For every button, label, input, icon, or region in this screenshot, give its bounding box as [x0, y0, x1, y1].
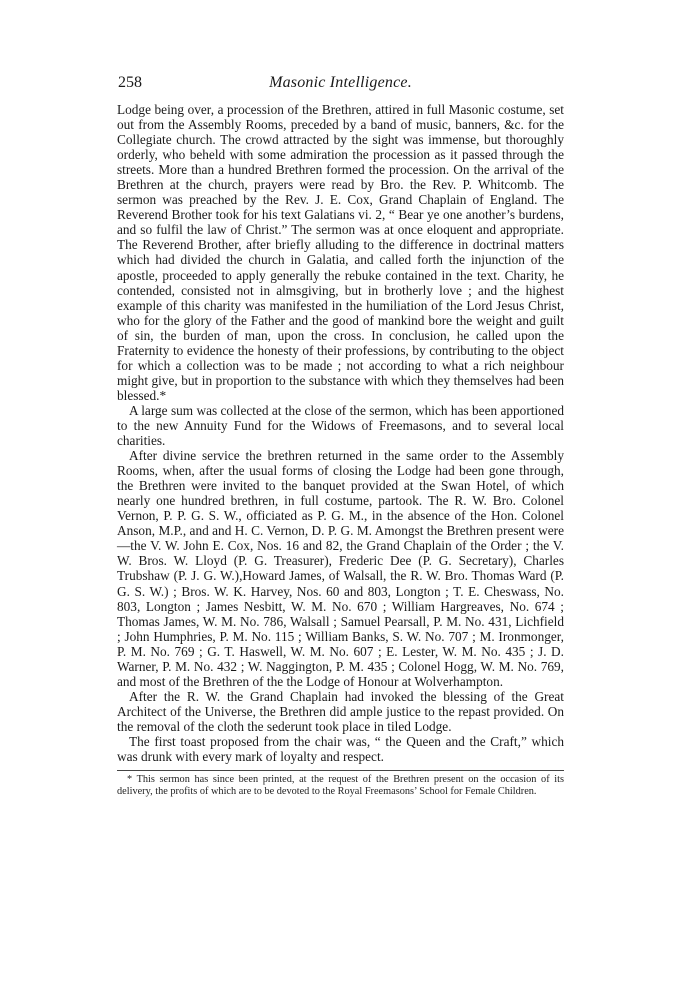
running-head: 258 Masonic Intelligence.	[117, 70, 564, 94]
footnote-text: * This sermon has since been printed, at…	[117, 774, 564, 797]
article-body: Lodge being over, a procession of the Br…	[117, 102, 564, 764]
paragraph-banquet: After divine service the brethren return…	[117, 448, 564, 689]
paragraph-collection: A large sum was collected at the close o…	[117, 403, 564, 448]
footnote-divider	[117, 770, 564, 771]
paragraph-procession: Lodge being over, a procession of the Br…	[117, 102, 564, 403]
footnote: * This sermon has since been printed, at…	[117, 774, 564, 797]
paragraph-blessing: After the R. W. the Grand Chaplain had i…	[117, 689, 564, 734]
running-title: Masonic Intelligence.	[117, 74, 564, 92]
paragraph-first-toast: The first toast proposed from the chair …	[117, 734, 564, 764]
document-page: 258 Masonic Intelligence. Lodge being ov…	[117, 70, 564, 797]
